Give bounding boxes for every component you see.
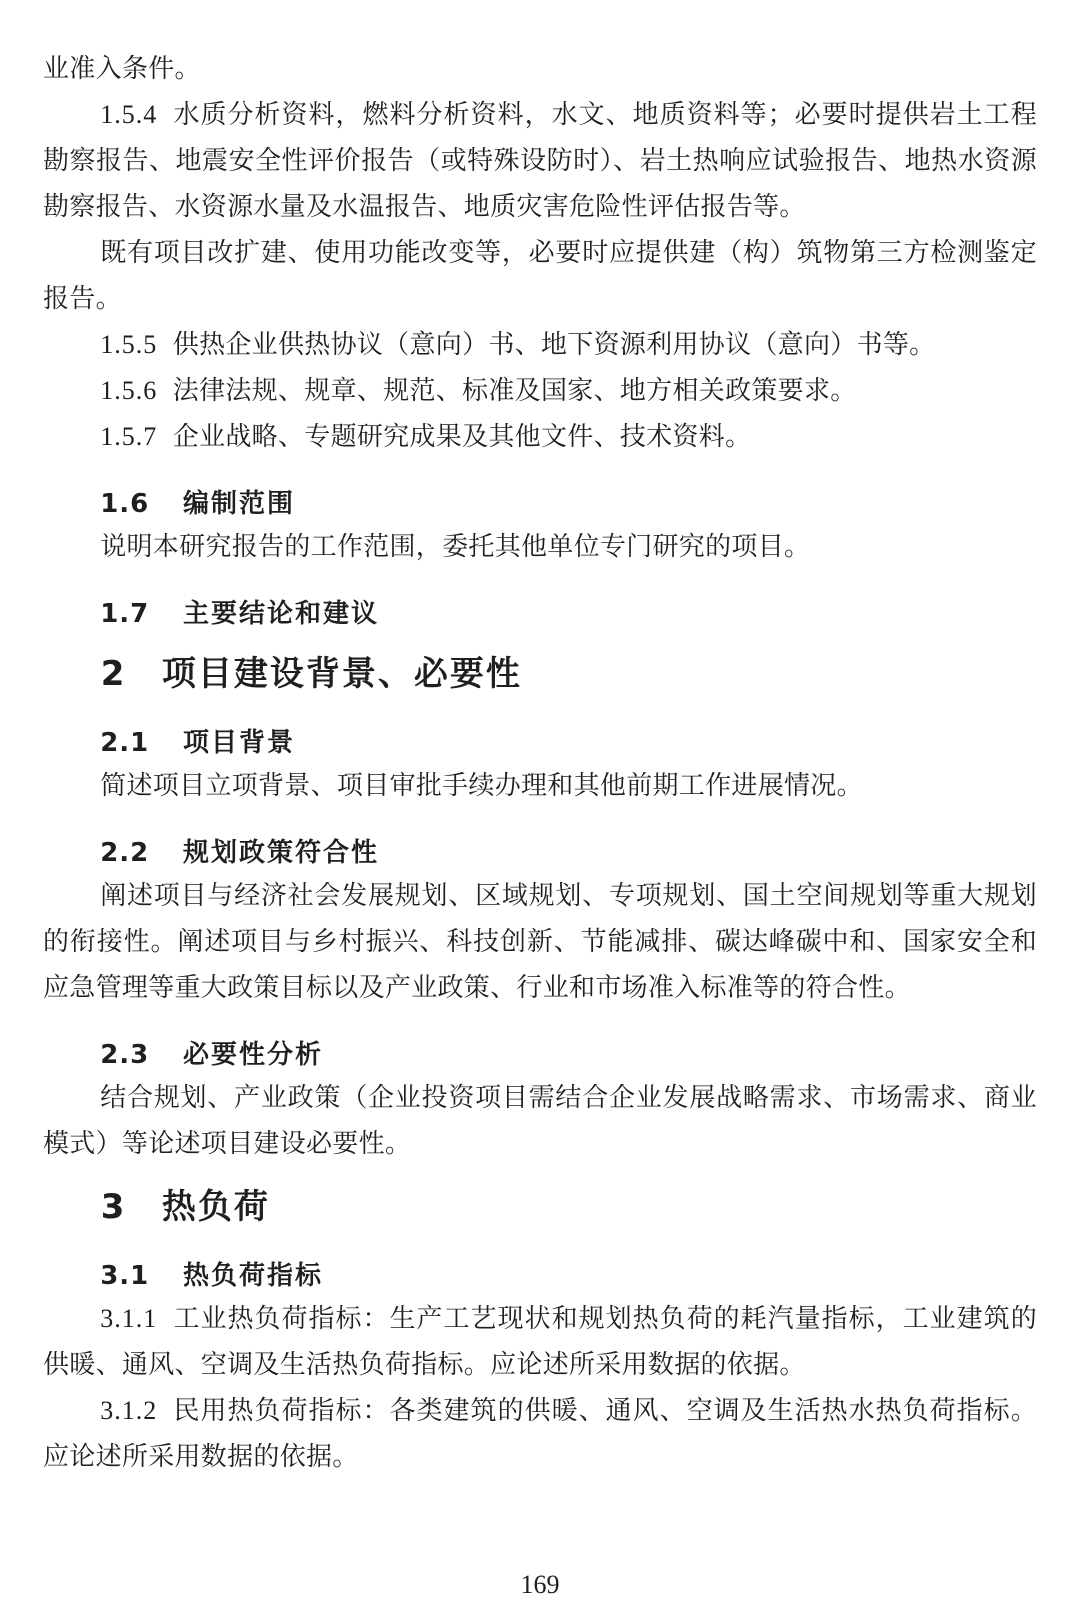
section-number: 2.1 [100,728,149,758]
section-heading-1-7: 1.7主要结论和建议 [43,594,1037,634]
section-title: 编制范围 [183,489,295,519]
chapter-number: 2 [101,654,125,694]
chapter-title: 项目建设背景、必要性 [162,654,522,694]
document-page: 业准入条件。 1.5.4水质分析资料，燃料分析资料，水文、地质资料等；必要时提供… [0,0,1080,1609]
numbered-paragraph: 1.5.6法律法规、规章、规范、标准及国家、地方相关政策要求。 [43,368,1037,414]
section-title: 必要性分析 [183,1040,323,1070]
paragraph-text: 工业热负荷指标：生产工艺现状和规划热负荷的耗汽量指标，工业建筑的供暖、通风、空调… [43,1304,1037,1379]
section-title: 主要结论和建议 [183,599,379,629]
section-title: 规划政策符合性 [183,838,379,868]
numbered-paragraph: 3.1.2民用热负荷指标：各类建筑的供暖、通风、空调及生活热水热负荷指标。应论述… [43,1388,1037,1480]
section-heading-2-1: 2.1项目背景 [43,723,1037,763]
item-number: 3.1.2 [100,1396,157,1425]
section-heading-3-1: 3.1热负荷指标 [43,1256,1037,1296]
section-heading-2-2: 2.2规划政策符合性 [43,833,1037,873]
numbered-paragraph: 1.5.5供热企业供热协议（意向）书、地下资源利用协议（意向）书等。 [43,322,1037,368]
item-number: 1.5.7 [100,422,157,451]
paragraph: 简述项目立项背景、项目审批手续办理和其他前期工作进展情况。 [43,763,1037,809]
paragraph: 阐述项目与经济社会发展规划、区域规划、专项规划、国土空间规划等重大规划的衔接性。… [43,873,1037,1011]
section-heading-2-3: 2.3必要性分析 [43,1035,1037,1075]
item-number: 1.5.6 [100,376,157,405]
section-number: 2.3 [100,1040,149,1070]
item-number: 3.1.1 [100,1304,157,1333]
chapter-number: 3 [101,1187,125,1227]
item-number: 1.5.5 [100,330,157,359]
paragraph-text: 水质分析资料，燃料分析资料，水文、地质资料等；必要时提供岩土工程勘察报告、地震安… [43,100,1037,221]
numbered-paragraph: 1.5.4水质分析资料，燃料分析资料，水文、地质资料等；必要时提供岩土工程勘察报… [43,92,1037,230]
chapter-title: 热负荷 [162,1187,270,1227]
page-number: 169 [0,1569,1080,1601]
paragraph: 既有项目改扩建、使用功能改变等，必要时应提供建（构）筑物第三方检测鉴定报告。 [43,230,1037,322]
numbered-paragraph: 1.5.7企业战略、专题研究成果及其他文件、技术资料。 [43,414,1037,460]
paragraph: 结合规划、产业政策（企业投资项目需结合企业发展战略需求、市场需求、商业模式）等论… [43,1075,1037,1167]
paragraph-text: 企业战略、专题研究成果及其他文件、技术资料。 [173,422,752,451]
chapter-heading-2: 2项目建设背景、必要性 [43,649,1037,699]
section-heading-1-6: 1.6编制范围 [43,484,1037,524]
paragraph: 说明本研究报告的工作范围，委托其他单位专门研究的项目。 [43,524,1037,570]
section-title: 热负荷指标 [183,1261,323,1291]
chapter-heading-3: 3热负荷 [43,1182,1037,1232]
section-number: 1.6 [100,489,149,519]
numbered-paragraph: 3.1.1工业热负荷指标：生产工艺现状和规划热负荷的耗汽量指标，工业建筑的供暖、… [43,1296,1037,1388]
section-number: 1.7 [100,599,149,629]
paragraph-text: 法律法规、规章、规范、标准及国家、地方相关政策要求。 [173,376,857,405]
item-number: 1.5.4 [100,100,157,129]
paragraph-text: 民用热负荷指标：各类建筑的供暖、通风、空调及生活热水热负荷指标。应论述所采用数据… [43,1396,1037,1471]
section-title: 项目背景 [183,728,295,758]
paragraph-continuation: 业准入条件。 [43,46,1037,92]
section-number: 3.1 [100,1261,149,1291]
paragraph-text: 供热企业供热协议（意向）书、地下资源利用协议（意向）书等。 [173,330,936,359]
section-number: 2.2 [100,838,149,868]
